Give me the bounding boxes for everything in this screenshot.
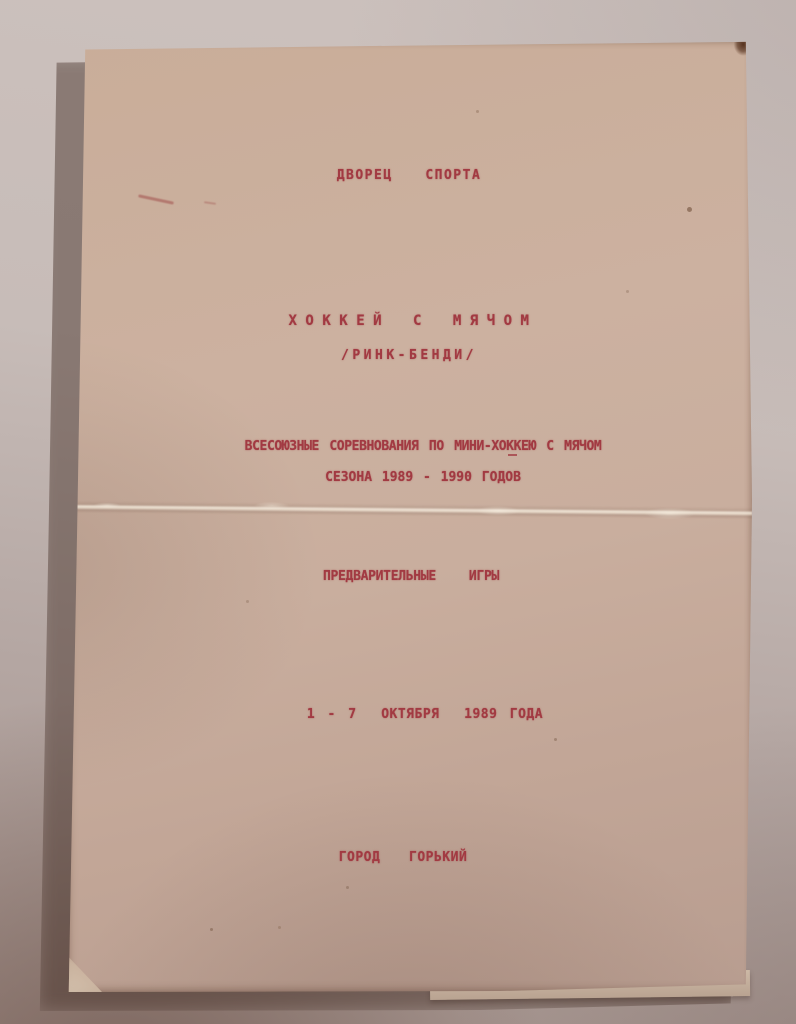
title-line: ХОККЕЙ С МЯЧОМ: [70, 313, 756, 329]
fold-crease-texture: [66, 496, 752, 523]
stray-ink-dash: [508, 454, 517, 456]
corner-nick-mark: [732, 40, 748, 62]
season-line: СЕЗОНА 1989 - 1990 ГОДОВ: [80, 470, 766, 485]
ink-scratch-mark: [204, 201, 216, 205]
stage-line: ПРЕДВАРИТЕЛЬНЫЕ ИГРЫ: [68, 569, 754, 584]
venue-line: ДВОРЕЦ СПОРТА: [66, 168, 752, 183]
program-cover-page: ДВОРЕЦ СПОРТА ХОККЕЙ С МЯЧОМ /РИНК-БЕНДИ…: [66, 40, 752, 992]
ink-scratch-mark: [138, 194, 174, 204]
city-line: ГОРОД ГОРЬКИЙ: [60, 850, 746, 865]
event-name-line: ВСЕСОЮЗНЫЕ СОРЕВНОВАНИЯ ПО МИНИ-ХОККЕЮ С…: [80, 439, 766, 454]
dates-line: 1 - 7 ОКТЯБРЯ 1989 ГОДА: [82, 707, 768, 722]
corner-fold: [66, 946, 102, 992]
subtitle-line: /РИНК-БЕНДИ/: [66, 348, 752, 363]
